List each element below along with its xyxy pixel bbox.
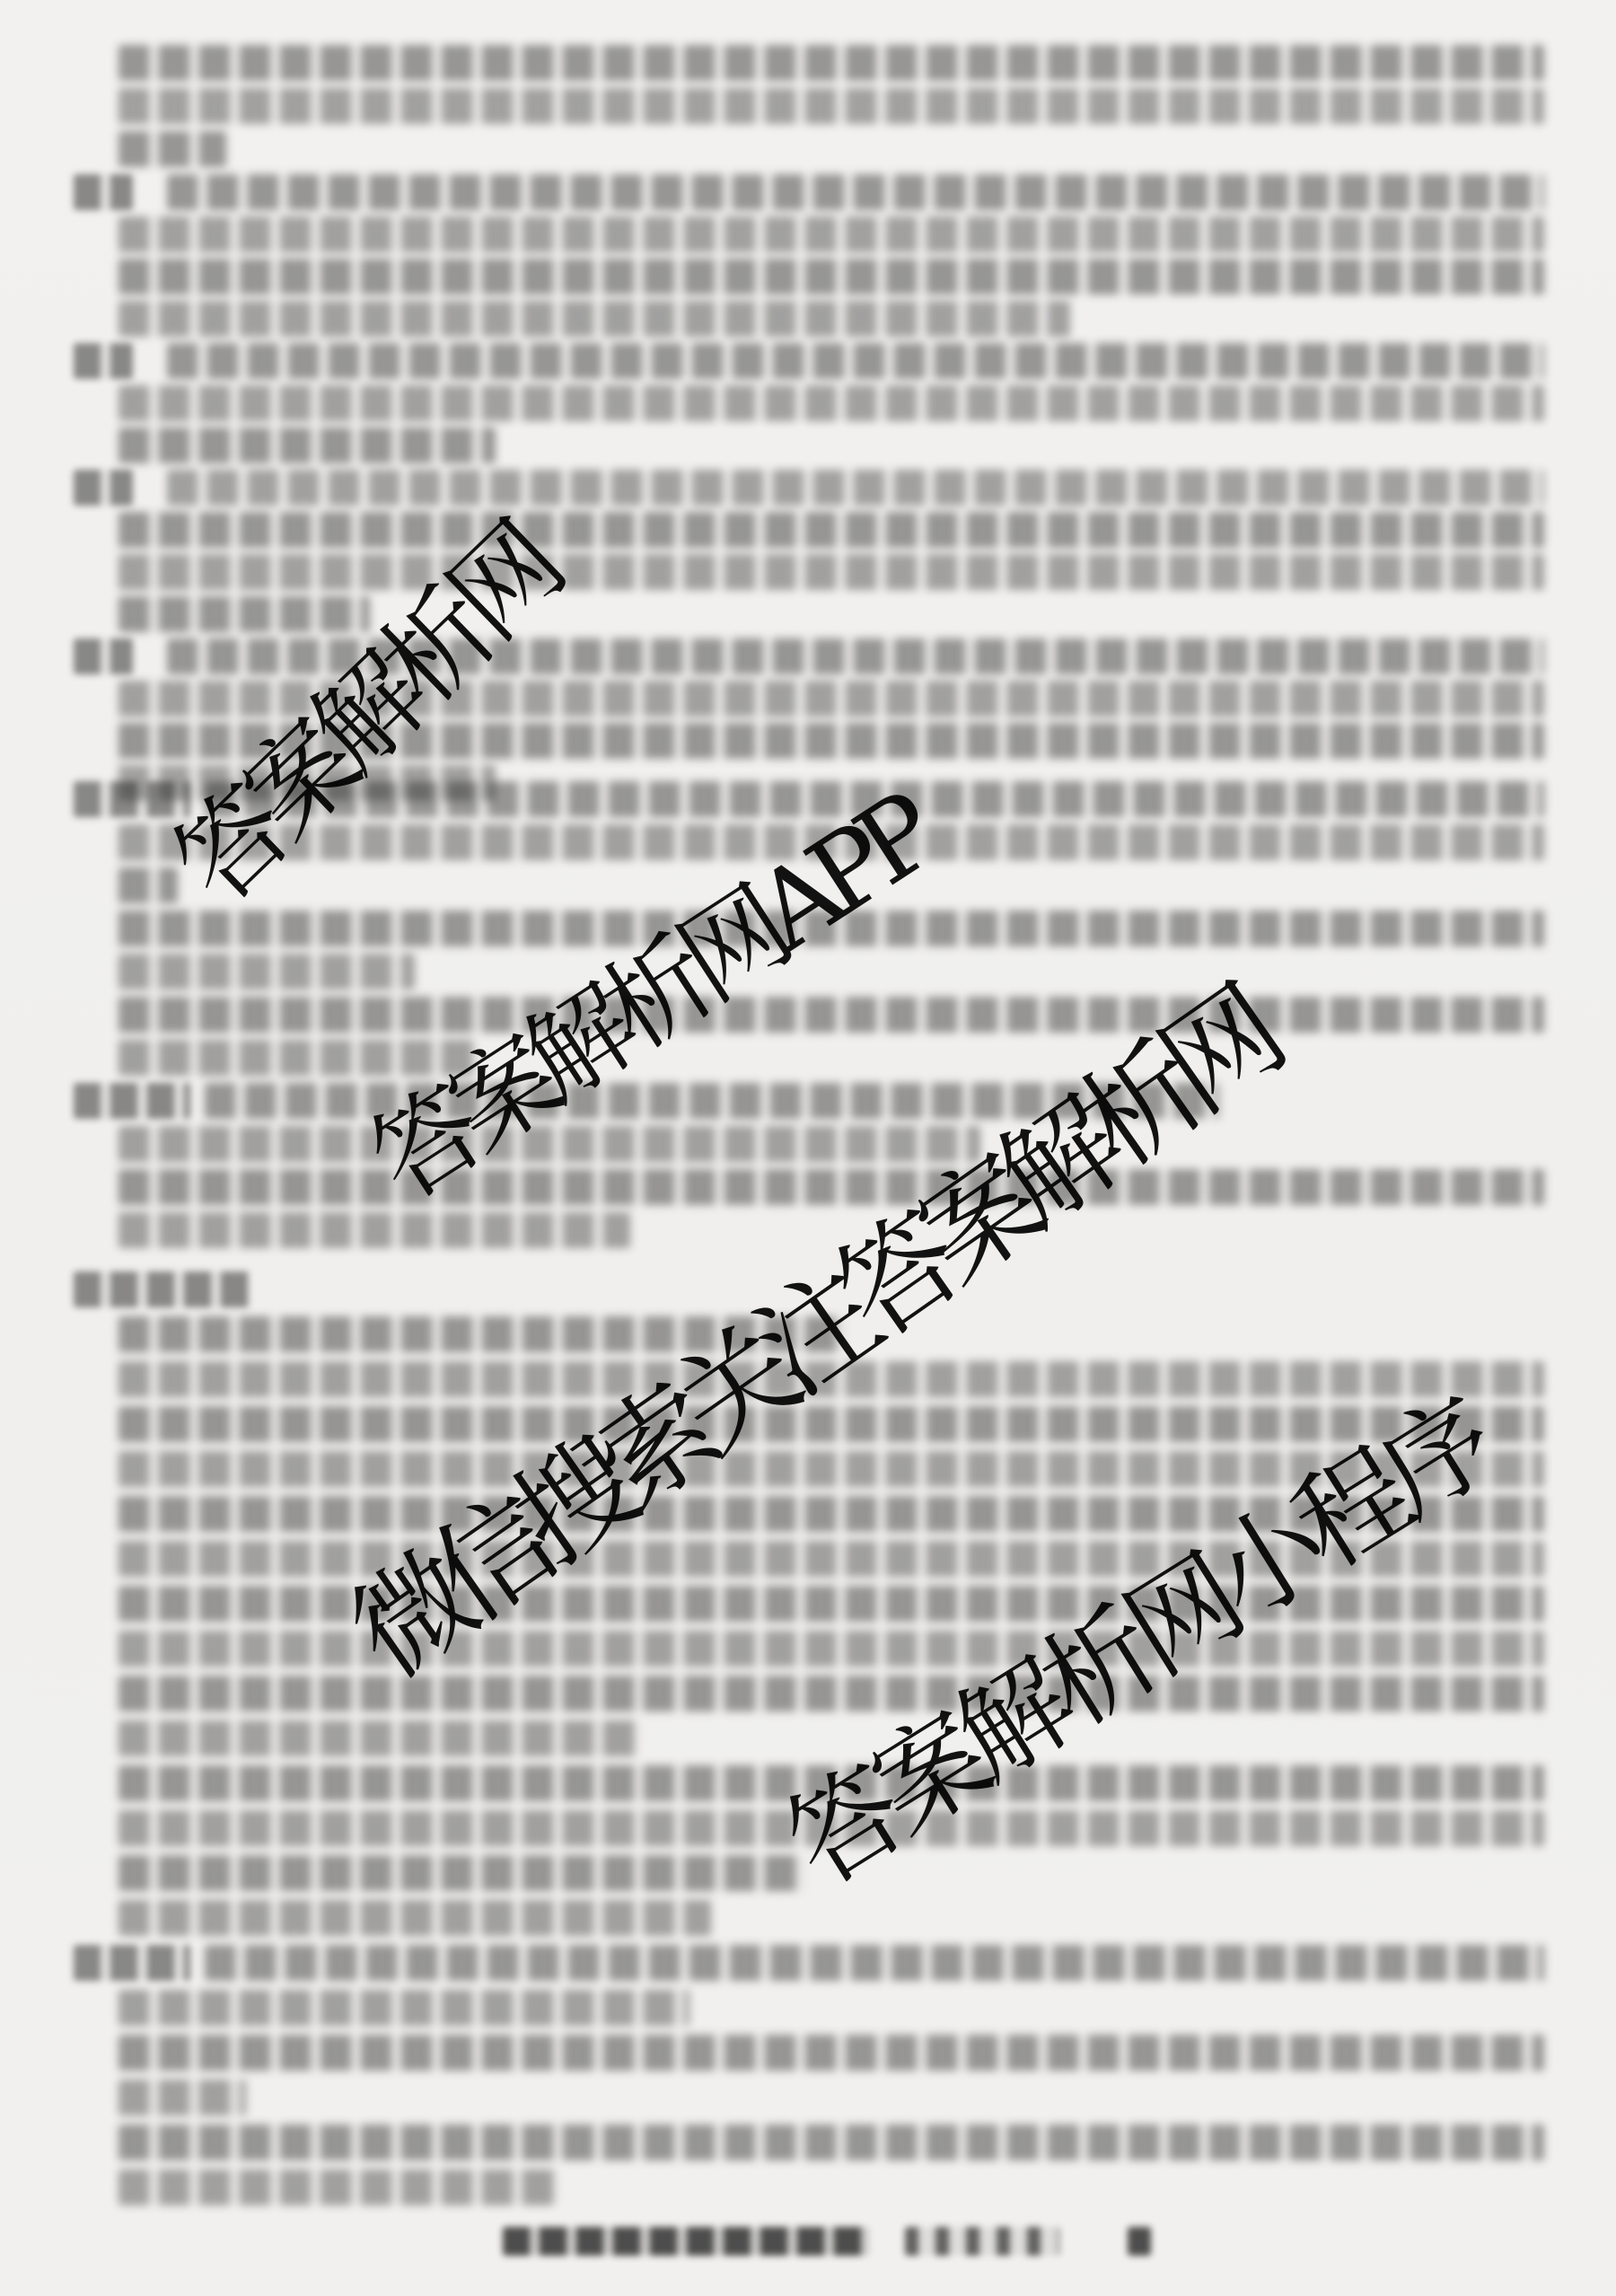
blurred-text-line — [119, 1212, 630, 1248]
blurred-text-line — [119, 131, 226, 167]
blurred-text-line — [205, 1083, 1219, 1119]
item-number-marker — [74, 781, 190, 817]
blurred-text-line — [119, 1451, 1544, 1487]
blurred-text-line — [119, 1990, 689, 2026]
blurred-text-line — [119, 997, 1544, 1033]
blurred-text-line — [167, 470, 1544, 506]
blurred-text-line — [119, 1496, 1544, 1532]
blurred-text-line — [119, 216, 1544, 252]
footer-text-blurred — [1128, 2227, 1151, 2256]
blurred-text-line — [119, 45, 1544, 81]
item-number-marker — [74, 1271, 250, 1307]
blurred-text-line — [119, 1169, 1544, 1205]
blurred-text-line — [119, 1631, 1544, 1667]
blurred-text-line — [119, 1406, 1544, 1442]
blurred-text-line — [119, 1810, 1544, 1846]
blurred-text-line — [119, 1126, 980, 1162]
blurred-text-line — [167, 174, 1544, 210]
blurred-text-line — [119, 681, 1544, 717]
blurred-text-line — [119, 1541, 1544, 1577]
item-number-marker — [74, 1945, 190, 1981]
blurred-text-line — [119, 2124, 1544, 2160]
blurred-text-line — [119, 1765, 1544, 1801]
scanned-answer-key-page: 答案解析网答案解析网APP微信搜索关注答案解析网答案解析网小程序 — [0, 0, 1616, 2296]
blurred-text-line — [119, 301, 1070, 337]
blurred-text-line — [119, 910, 1544, 946]
blurred-text-line — [119, 2080, 246, 2116]
blurred-text-line — [119, 427, 496, 463]
blurred-text-line — [119, 824, 1544, 860]
blurred-text-line — [119, 2169, 558, 2205]
blurred-text-line — [119, 512, 1544, 548]
blurred-text-line — [119, 1855, 804, 1891]
blurred-text-line — [119, 954, 415, 990]
blurred-text-line — [119, 385, 1544, 421]
blurred-text-line — [119, 259, 1544, 295]
footer-text-blurred — [905, 2227, 1059, 2256]
footer-text-blurred — [503, 2227, 869, 2256]
blurred-text-line — [119, 1040, 478, 1076]
blurred-text-line — [119, 1900, 711, 1936]
item-number-marker — [74, 638, 133, 674]
blurred-text-line — [167, 638, 1544, 674]
blurred-text-line — [119, 554, 1544, 590]
blurred-text-line — [119, 2035, 1544, 2071]
item-number-marker — [74, 470, 133, 506]
item-number-marker — [74, 174, 133, 210]
blurred-text-line — [205, 781, 1544, 817]
blurred-text-line — [119, 1316, 846, 1352]
blurred-text-line — [119, 1676, 1544, 1711]
blurred-text-line — [119, 596, 370, 632]
blurred-text-line — [119, 723, 1544, 759]
blurred-text-line — [205, 1945, 1544, 1981]
blurred-text-line — [167, 343, 1544, 379]
blurred-text-line — [119, 867, 178, 903]
blurred-text-line — [119, 88, 1544, 124]
item-number-marker — [74, 343, 133, 379]
blurred-text-line — [119, 1361, 1544, 1397]
blurred-text-line — [119, 1720, 639, 1756]
item-number-marker — [74, 1083, 190, 1119]
blurred-text-line — [119, 1586, 1544, 1622]
